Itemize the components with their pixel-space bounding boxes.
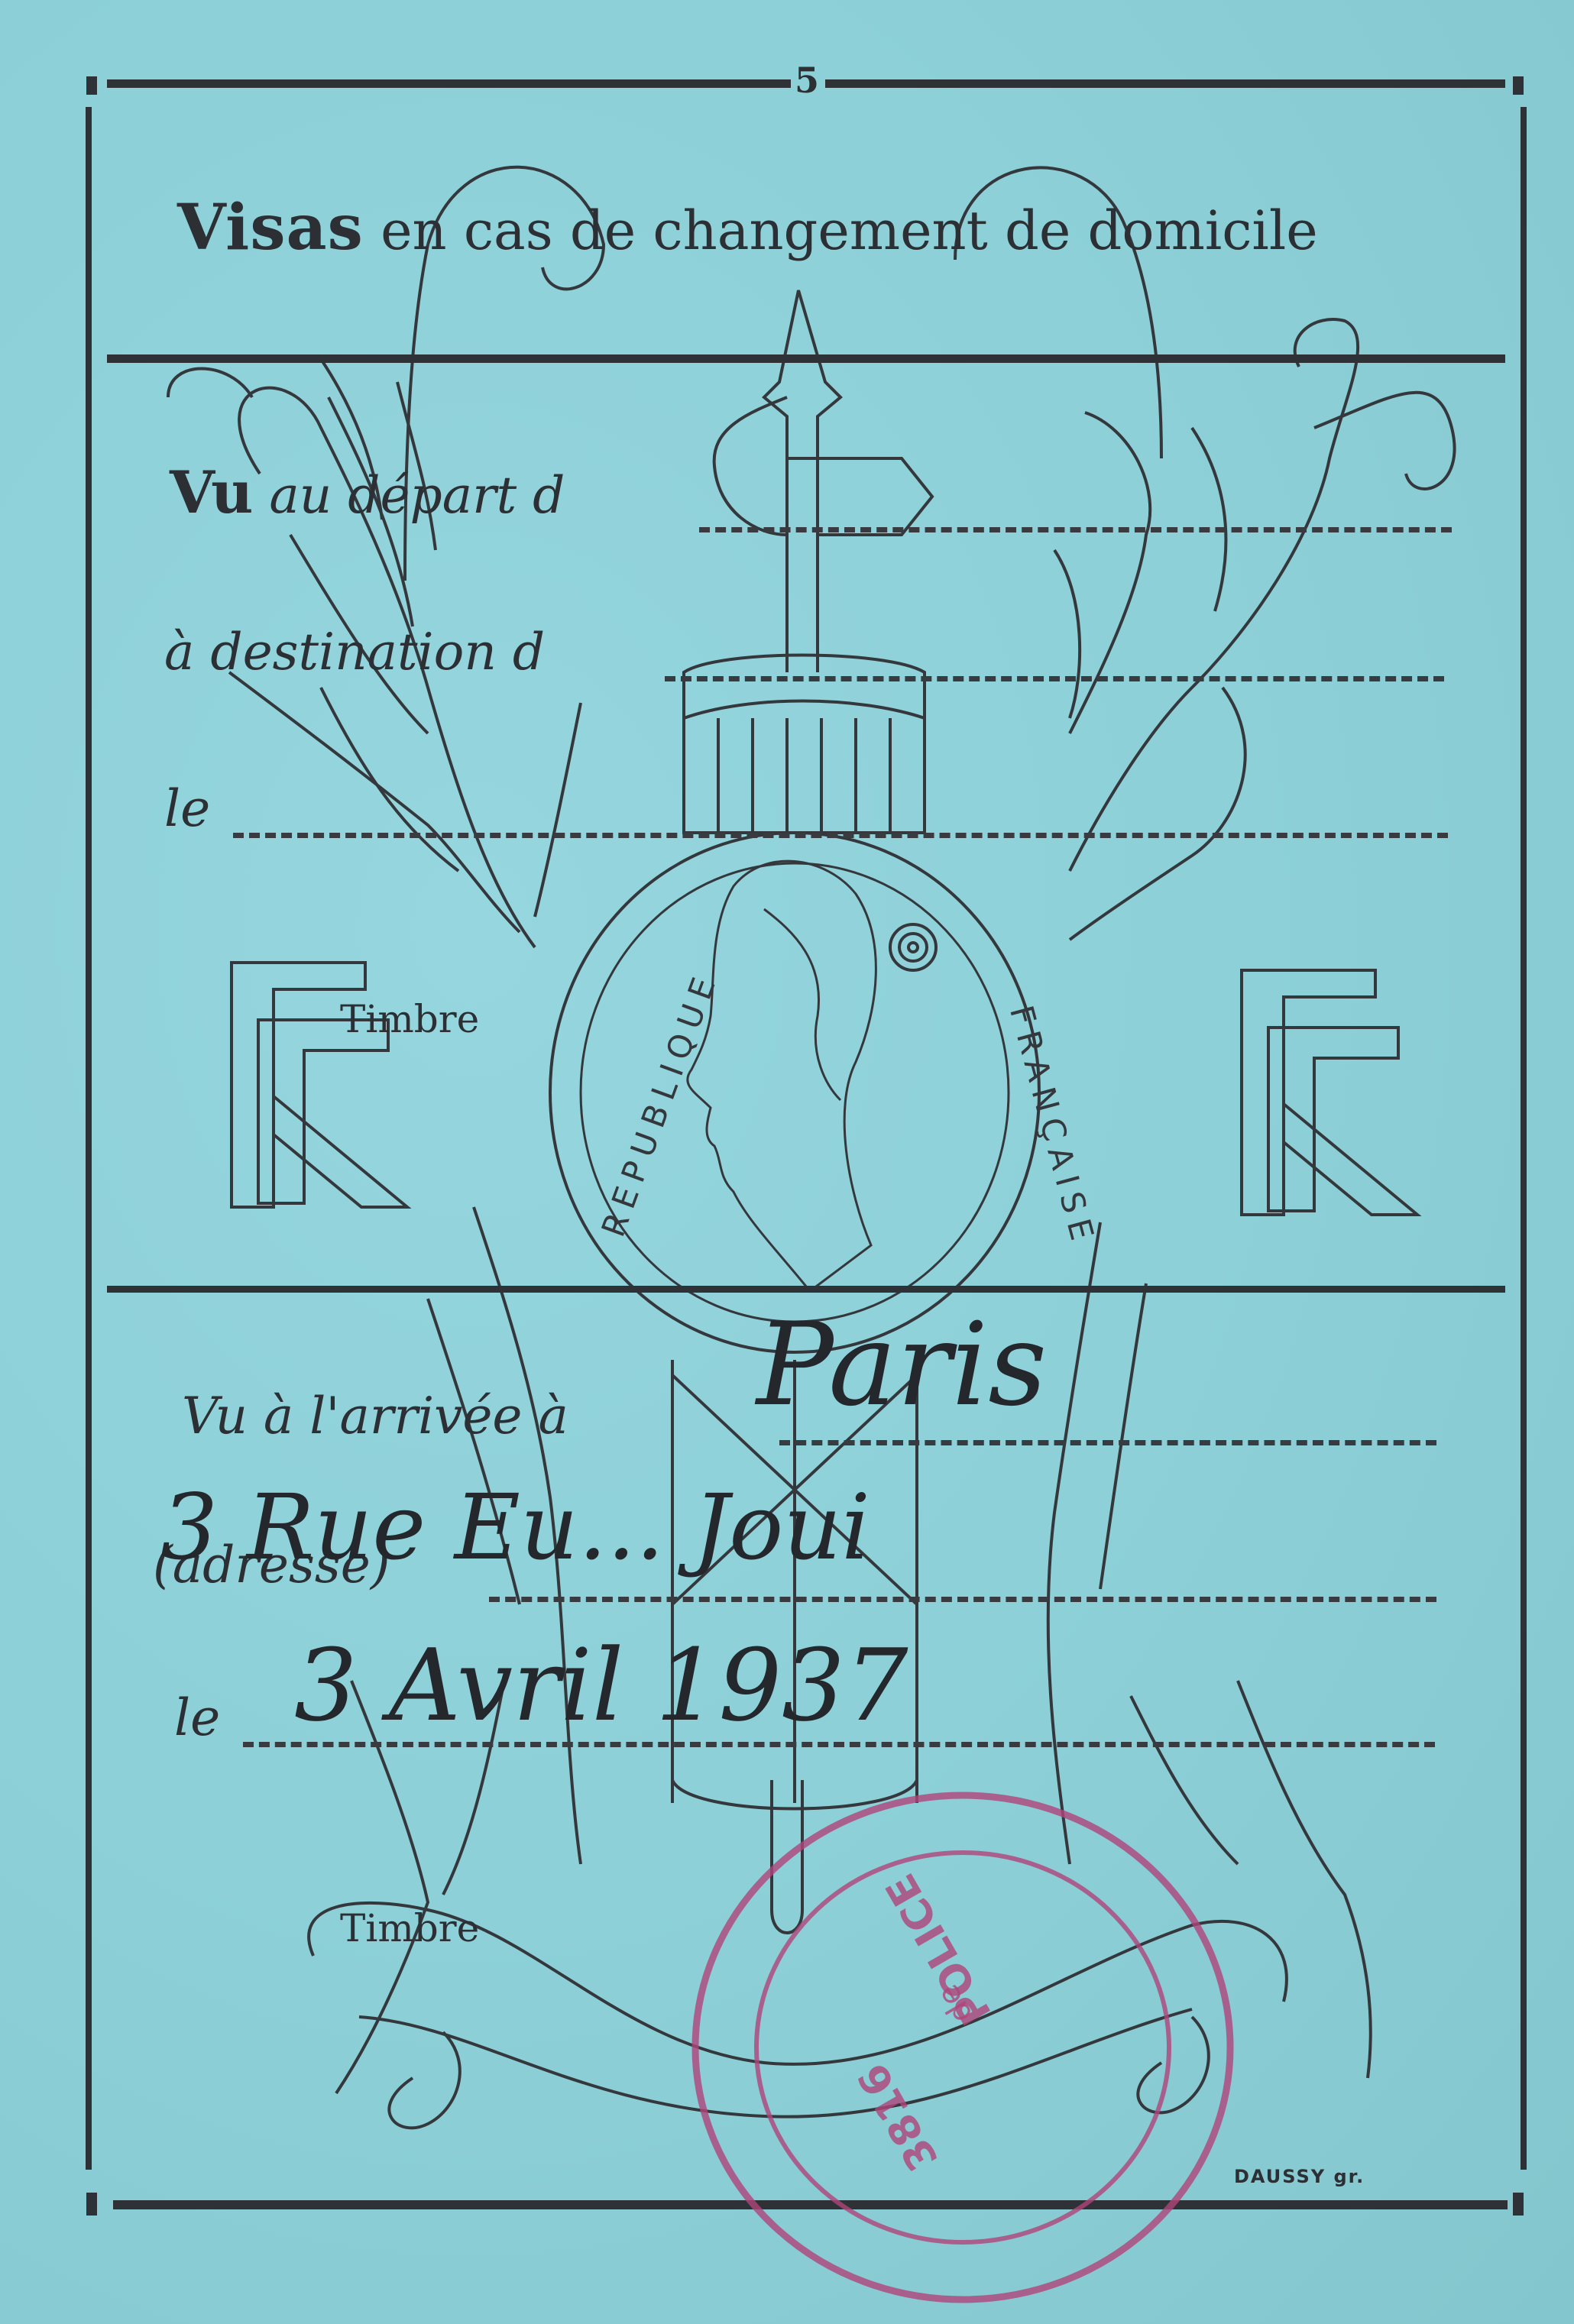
departure-from-field[interactable] <box>699 527 1452 532</box>
arrival-city-value: Paris <box>756 1299 1047 1432</box>
page-title: Visas en cas de changement de domicile <box>177 191 1318 264</box>
departure-date-label: le <box>164 779 210 838</box>
arrival-city-field[interactable] <box>779 1440 1436 1445</box>
departure-label: Vu au départ d <box>170 458 565 526</box>
address-field[interactable] <box>489 1597 1436 1602</box>
departure-stamp-label: Timbre <box>340 997 479 1041</box>
engraver-credit: DAUSSY gr. <box>1234 2166 1365 2187</box>
destination-label: à destination d <box>164 623 545 681</box>
destination-field[interactable] <box>665 676 1444 681</box>
rf-monogram-right <box>1238 966 1421 1219</box>
arrival-date-label: le <box>174 1688 220 1747</box>
section-divider <box>107 1286 1505 1293</box>
vu-label: Vu <box>170 458 253 526</box>
title-rest: en cas de changement de domicile <box>381 199 1318 262</box>
arrival-label: Vu à l'arrivée à <box>182 1387 568 1445</box>
departure-from-label: au départ d <box>269 466 565 525</box>
arrival-date-value: 3 Avril 1937 <box>294 1627 908 1743</box>
arrival-stamp-label: Timbre <box>340 1906 479 1950</box>
departure-date-field[interactable] <box>233 833 1448 838</box>
title-divider <box>107 354 1505 363</box>
title-visas: Visas <box>177 191 364 264</box>
address-value: 3 Rue Eu... Joui <box>160 1474 870 1580</box>
